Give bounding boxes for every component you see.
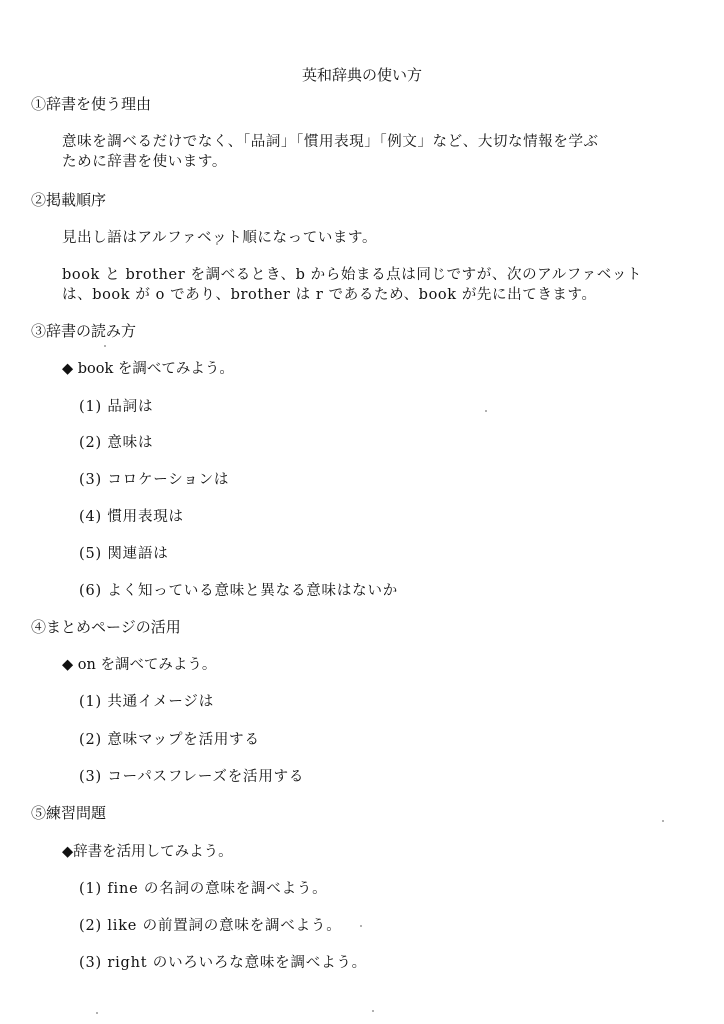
section-5-item-1: (1) fine の名詞の意味を調べよう。: [79, 877, 327, 898]
section-2-paragraph-2-line-1: book と brother を調べるとき、b から始まる点は同じですが、次のア…: [62, 265, 642, 285]
section-4-item-3: (3) コーパスフレーズを活用する: [79, 765, 304, 786]
scan-speck: [372, 1010, 374, 1012]
scan-speck: [662, 820, 664, 822]
section-3-item-2: (2) 意味は: [79, 431, 153, 452]
section-1-heading: ①辞書を使う理由: [31, 93, 151, 114]
section-3-item-4: (4) 慣用表現は: [79, 505, 184, 526]
section-5-item-3: (3) right のいろいろな意味を調べよう。: [79, 951, 367, 972]
section-2-paragraph-1: 見出し語はアルファベット順になっています。: [62, 228, 377, 248]
section-3-item-5: (5) 関連語は: [79, 542, 169, 563]
section-4-bullet: ◆ on を調べてみよう。: [62, 653, 216, 674]
section-2-heading: ②掲載順序: [31, 189, 106, 210]
section-4-item-2: (2) 意味マップを活用する: [79, 728, 260, 749]
section-3-item-3: (3) コロケーションは: [79, 468, 229, 489]
document-title: 英和辞典の使い方: [0, 64, 724, 85]
scan-speck: [96, 1012, 98, 1014]
section-5-bullet: ◆辞書を活用してみよう。: [62, 840, 233, 861]
scan-speck: [216, 243, 218, 245]
section-5-heading: ⑤練習問題: [31, 802, 106, 823]
section-4-item-1: (1) 共通イメージは: [79, 690, 214, 711]
scan-speck: [104, 345, 106, 347]
scan-speck: [360, 925, 362, 927]
section-3-item-6: (6) よく知っている意味と異なる意味はないか: [79, 579, 398, 600]
section-2-paragraph-2-line-2: は、book が o であり、brother は r であるため、book が先…: [62, 285, 597, 305]
section-3-bullet: ◆ book を調べてみよう。: [62, 357, 234, 378]
section-3-heading: ③辞書の読み方: [31, 320, 136, 341]
section-1-paragraph-line-2: ために辞書を使います。: [62, 152, 227, 172]
section-5-item-2: (2) like の前置詞の意味を調べよう。: [79, 914, 342, 935]
scan-speck: [485, 410, 487, 412]
section-1-paragraph-line-1: 意味を調べるだけでなく、「品詞」「慣用表現」「例文」など、大切な情報を学ぶ: [62, 132, 599, 152]
section-4-heading: ④まとめページの活用: [31, 616, 181, 637]
section-3-item-1: (1) 品詞は: [79, 395, 153, 416]
